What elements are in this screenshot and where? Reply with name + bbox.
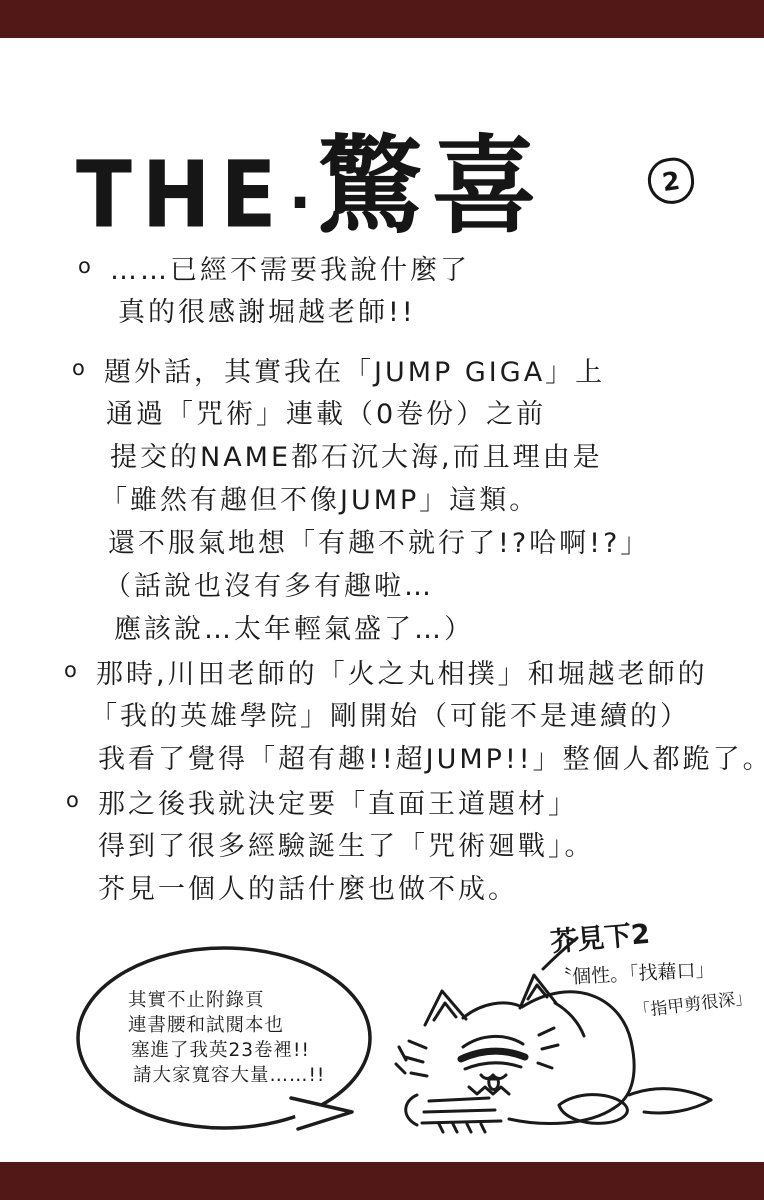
text-line: 「雖然有趣但不像JUMP」這類。 xyxy=(100,487,650,530)
paragraph-inspiration: o那時,川田老師的「火之丸相撲」和堀越老師的 「我的英雄學院」剛開始（可能不是連… xyxy=(64,660,764,789)
paragraph-jump-giga: o題外話，其實我在「JUMP GIGA」上 通過「咒術」連載（0卷份）之前 提交… xyxy=(72,358,650,659)
text-line: 提交的NAME都石沉大海,而且理由是 xyxy=(110,444,650,487)
title-interpunct: · xyxy=(289,168,312,238)
bullet-marker: o xyxy=(66,790,98,811)
text-line: 連書腰和試閱本也 xyxy=(128,1011,325,1036)
text-line: 還不服氣地想「有趣不就行了!?哈啊!?」 xyxy=(108,530,650,573)
text-line: 我看了覺得「超有趣!!超JUMP!!」整個人都跪了。 xyxy=(98,746,764,789)
bottom-letterbox-bar xyxy=(0,1162,764,1200)
paragraph-decision: o那之後我就決定要「直面王道題材」 得到了很多經驗誕生了「咒術廻戰」。 芥見一個… xyxy=(66,790,595,919)
top-letterbox-bar xyxy=(0,0,764,38)
text-line: 應該說…太年輕氣盛了…） xyxy=(114,616,650,659)
text-line: （話說也沒有多有趣啦… xyxy=(104,573,650,616)
text-line: 真的很感謝堀越老師!! xyxy=(118,299,470,342)
text-line-content: 那之後我就決定要「直面王道題材」 xyxy=(98,789,578,820)
text-line: o那之後我就決定要「直面王道題材」 xyxy=(66,790,595,833)
text-line: 塞進了我英23卷裡!! xyxy=(131,1036,325,1061)
paragraph-thanks: o……已經不需要我說什麼了 真的很感謝堀越老師!! xyxy=(78,256,470,342)
page-title: THE · 驚喜 xyxy=(76,102,545,254)
manga-afterword-page: THE · 驚喜 2 o……已經不需要我說什麼了 真的很感謝堀越老師!! o題外… xyxy=(0,0,764,1200)
text-line: 得到了很多經驗誕生了「咒術廻戰」。 xyxy=(98,833,595,876)
bullet-marker: o xyxy=(64,660,96,681)
text-line-content: 那時,川田老師的「火之丸相撲」和堀越老師的 xyxy=(96,659,708,690)
text-line: 請大家寬容大量……!! xyxy=(133,1061,325,1086)
text-line-content: 題外話，其實我在「JUMP GIGA」上 xyxy=(104,357,605,388)
bullet-marker: o xyxy=(78,256,110,277)
text-line: 通過「咒術」連載（0卷份）之前 xyxy=(106,401,650,444)
text-line: o題外話，其實我在「JUMP GIGA」上 xyxy=(72,358,650,401)
title-latin: THE xyxy=(76,142,287,248)
text-line: 其實不止附錄頁 xyxy=(128,986,325,1011)
text-line: 「我的英雄學院」剛開始（可能不是連續的） xyxy=(90,703,764,746)
circled-number-badge: 2 xyxy=(645,155,697,207)
bullet-marker: o xyxy=(72,358,104,379)
text-line-content: ……已經不需要我說什麼了 xyxy=(110,255,470,286)
title-accent: 驚喜 xyxy=(317,102,545,254)
speech-bubble-text: 其實不止附錄頁 連書腰和試閱本也 塞進了我英23卷裡!! 請大家寬容大量……!! xyxy=(128,986,325,1086)
text-line: 芥見一個人的話什麼也做不成。 xyxy=(98,876,595,919)
text-line: o那時,川田老師的「火之丸相撲」和堀越老師的 xyxy=(64,660,764,703)
text-line: o……已經不需要我說什麼了 xyxy=(78,256,470,299)
